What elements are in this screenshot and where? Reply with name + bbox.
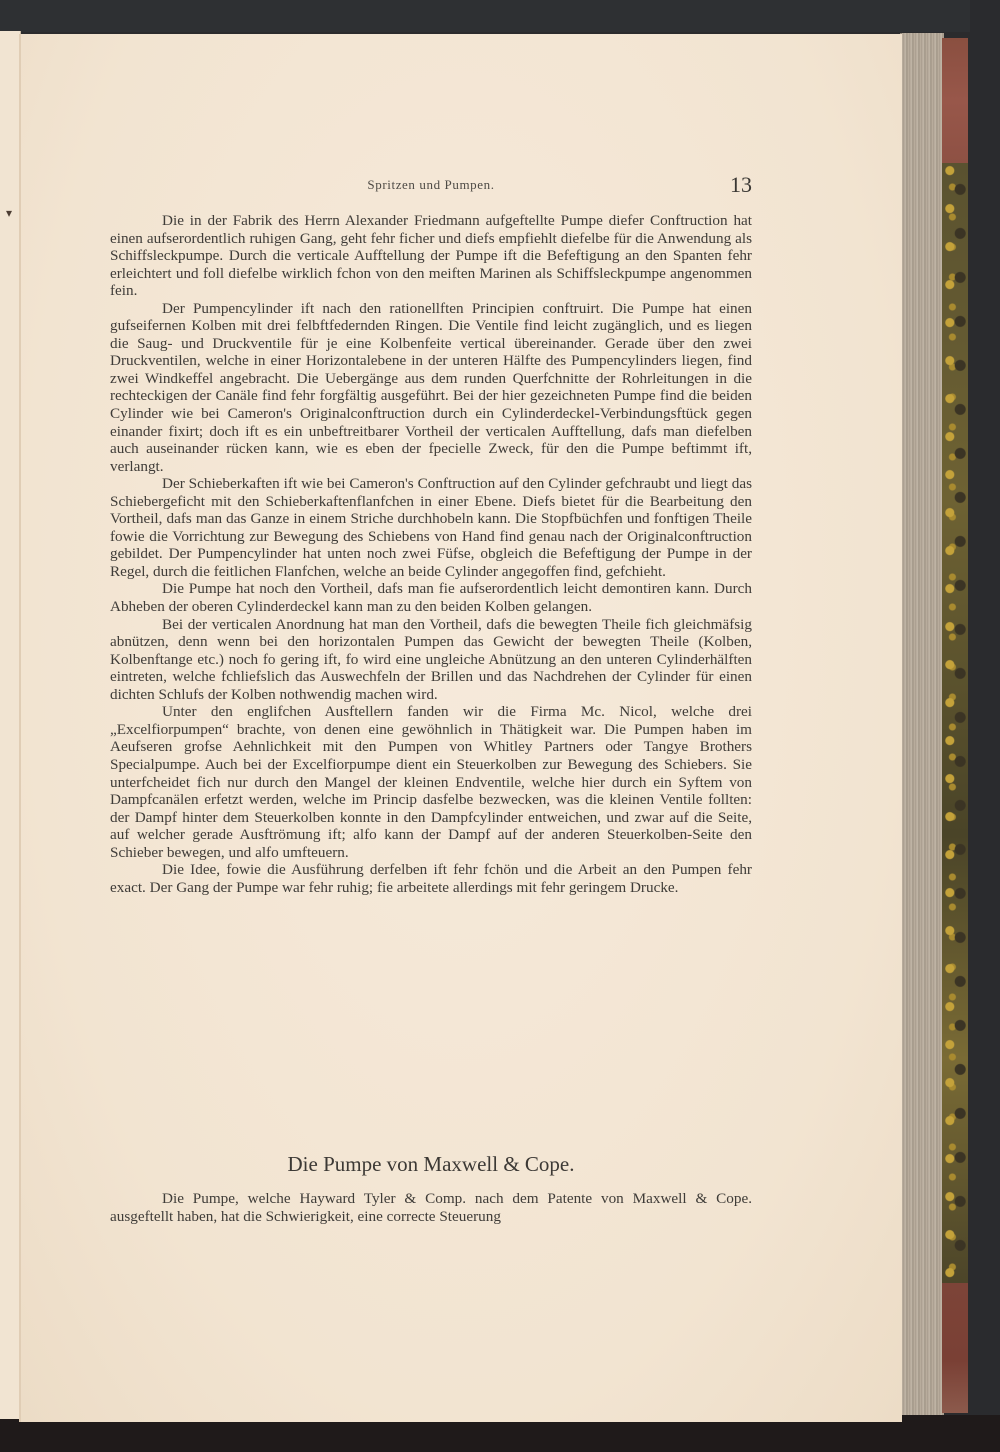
book-cover-leather-top [942,38,968,163]
background-top [0,0,1000,32]
page-blemish: ▾ [6,206,12,221]
paragraph: Die Idee, fowie die Ausführung derfelben… [110,861,752,896]
paragraph: Die Pumpe, welche Hayward Tyler & Comp. … [110,1190,752,1225]
book-cover-marbled [942,163,968,1283]
section-heading: Die Pumpe von Maxwell & Cope. [110,1152,752,1177]
book-cover-leather-bottom [942,1283,968,1413]
background-right [970,0,1000,1452]
page-number: 13 [730,172,752,198]
paragraph: Der Pumpencylinder ift nach den rationel… [110,300,752,475]
paragraph: Unter den englifchen Ausftellern fanden … [110,703,752,861]
paragraph: Die Pumpe hat noch den Vortheil, dafs ma… [110,580,752,615]
section-body: Die Pumpe, welche Hayward Tyler & Comp. … [110,1190,752,1225]
running-head: Spritzen und Pumpen. [110,177,752,193]
page-block-edges [900,33,944,1415]
facing-page-edge [0,31,21,1419]
paragraph: Bei der verticalen Anordnung hat man den… [110,616,752,704]
paragraph: Der Schieberkaften ift wie bei Cameron's… [110,475,752,580]
body-text: Die in der Fabrik des Herrn Alexander Fr… [110,212,752,896]
page-header: Spritzen und Pumpen. 13 [110,172,752,202]
paragraph: Die in der Fabrik des Herrn Alexander Fr… [110,212,752,300]
